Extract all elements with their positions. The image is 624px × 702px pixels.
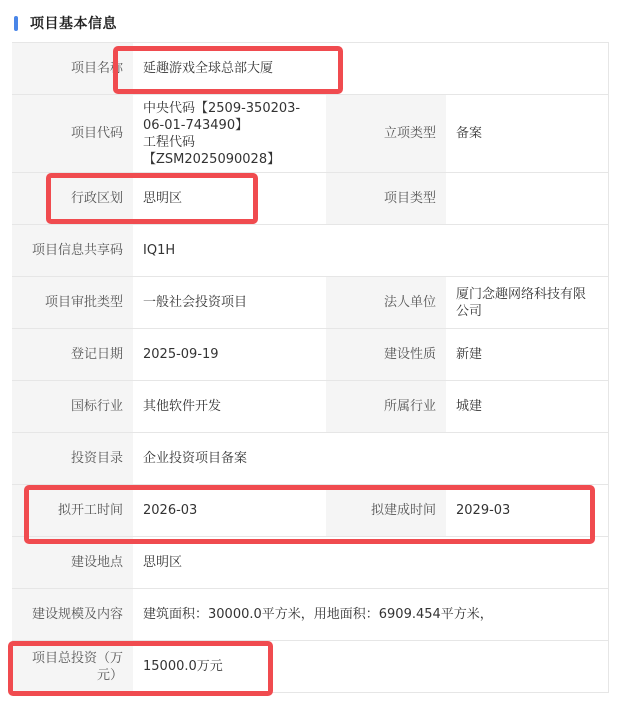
value-total-investment: 15000.0万元: [133, 641, 608, 692]
row-investment: 项目总投资（万 元） 15000.0万元: [12, 641, 608, 693]
value-scale: 建筑面积：30000.0平方米，用地面积：6909.454平方米，: [133, 589, 608, 640]
row-scale: 建设规模及内容 建筑面积：30000.0平方米，用地面积：6909.454平方米…: [12, 589, 608, 641]
value-start-time: 2026-03: [133, 485, 326, 536]
value-project-name: 延趣游戏全球总部大厦: [133, 43, 608, 94]
value-approval-category: 一般社会投资项目: [133, 277, 326, 328]
value-share-code: IQ1H: [133, 225, 608, 276]
label-start-time: 拟开工时间: [12, 485, 133, 536]
legal-entity-line1: 厦门念趣网络科技有限: [456, 286, 586, 303]
value-construction-nature: 新建: [446, 329, 608, 380]
label-reg-date: 登记日期: [12, 329, 133, 380]
total-investment-label-line2: 元）: [97, 667, 123, 684]
value-completion-time: 2029-03: [446, 485, 608, 536]
section-accent-bar: [14, 16, 18, 31]
engineering-code-value: 【ZSM2025090028】: [143, 151, 280, 168]
label-legal-entity: 法人单位: [326, 277, 446, 328]
label-investment-catalog: 投资目录: [12, 433, 133, 484]
central-code-line2: 06-01-743490】: [143, 117, 248, 134]
value-legal-entity: 厦门念趣网络科技有限 公司: [446, 277, 608, 328]
legal-entity-line2: 公司: [456, 303, 482, 320]
label-location: 建设地点: [12, 537, 133, 588]
label-completion-time: 拟建成时间: [326, 485, 446, 536]
label-sector: 所属行业: [326, 381, 446, 432]
label-project-type: 项目类型: [326, 173, 446, 224]
label-national-industry: 国标行业: [12, 381, 133, 432]
value-location: 思明区: [133, 537, 608, 588]
row-share-code: 项目信息共享码 IQ1H: [12, 225, 608, 277]
section-title: 项目基本信息: [30, 13, 117, 33]
value-approval-type: 备案: [446, 95, 608, 172]
row-project-code: 项目代码 中央代码【2509-350203- 06-01-743490】 工程代…: [12, 95, 608, 173]
label-approval-category: 项目审批类型: [12, 277, 133, 328]
value-district: 思明区: [133, 173, 326, 224]
label-construction-nature: 建设性质: [326, 329, 446, 380]
label-district: 行政区划: [12, 173, 133, 224]
value-sector: 城建: [446, 381, 608, 432]
label-approval-type: 立项类型: [326, 95, 446, 172]
engineering-code-label: 工程代码: [143, 134, 195, 151]
total-investment-label-line1: 项目总投资（万: [32, 650, 123, 667]
value-project-type: [446, 173, 608, 224]
value-investment-catalog: 企业投资项目备案: [133, 433, 608, 484]
row-approval: 项目审批类型 一般社会投资项目 法人单位 厦门念趣网络科技有限 公司: [12, 277, 608, 329]
value-project-code: 中央代码【2509-350203- 06-01-743490】 工程代码 【ZS…: [133, 95, 326, 172]
value-reg-date: 2025-09-19: [133, 329, 326, 380]
row-district: 行政区划 思明区 项目类型: [12, 173, 608, 225]
row-industry: 国标行业 其他软件开发 所属行业 城建: [12, 381, 608, 433]
label-project-name: 项目名称: [12, 43, 133, 94]
project-info-table: 项目名称 延趣游戏全球总部大厦 项目代码 中央代码【2509-350203- 0…: [12, 42, 609, 693]
row-schedule: 拟开工时间 2026-03 拟建成时间 2029-03: [12, 485, 608, 537]
label-scale: 建设规模及内容: [12, 589, 133, 640]
row-reg-date: 登记日期 2025-09-19 建设性质 新建: [12, 329, 608, 381]
row-catalog: 投资目录 企业投资项目备案: [12, 433, 608, 485]
row-project-name: 项目名称 延趣游戏全球总部大厦: [12, 43, 608, 95]
central-code-line1: 中央代码【2509-350203-: [143, 100, 300, 117]
label-project-code: 项目代码: [12, 95, 133, 172]
section-header: 项目基本信息: [14, 13, 117, 33]
row-location: 建设地点 思明区: [12, 537, 608, 589]
value-national-industry: 其他软件开发: [133, 381, 326, 432]
label-share-code: 项目信息共享码: [12, 225, 133, 276]
label-total-investment: 项目总投资（万 元）: [12, 641, 133, 692]
